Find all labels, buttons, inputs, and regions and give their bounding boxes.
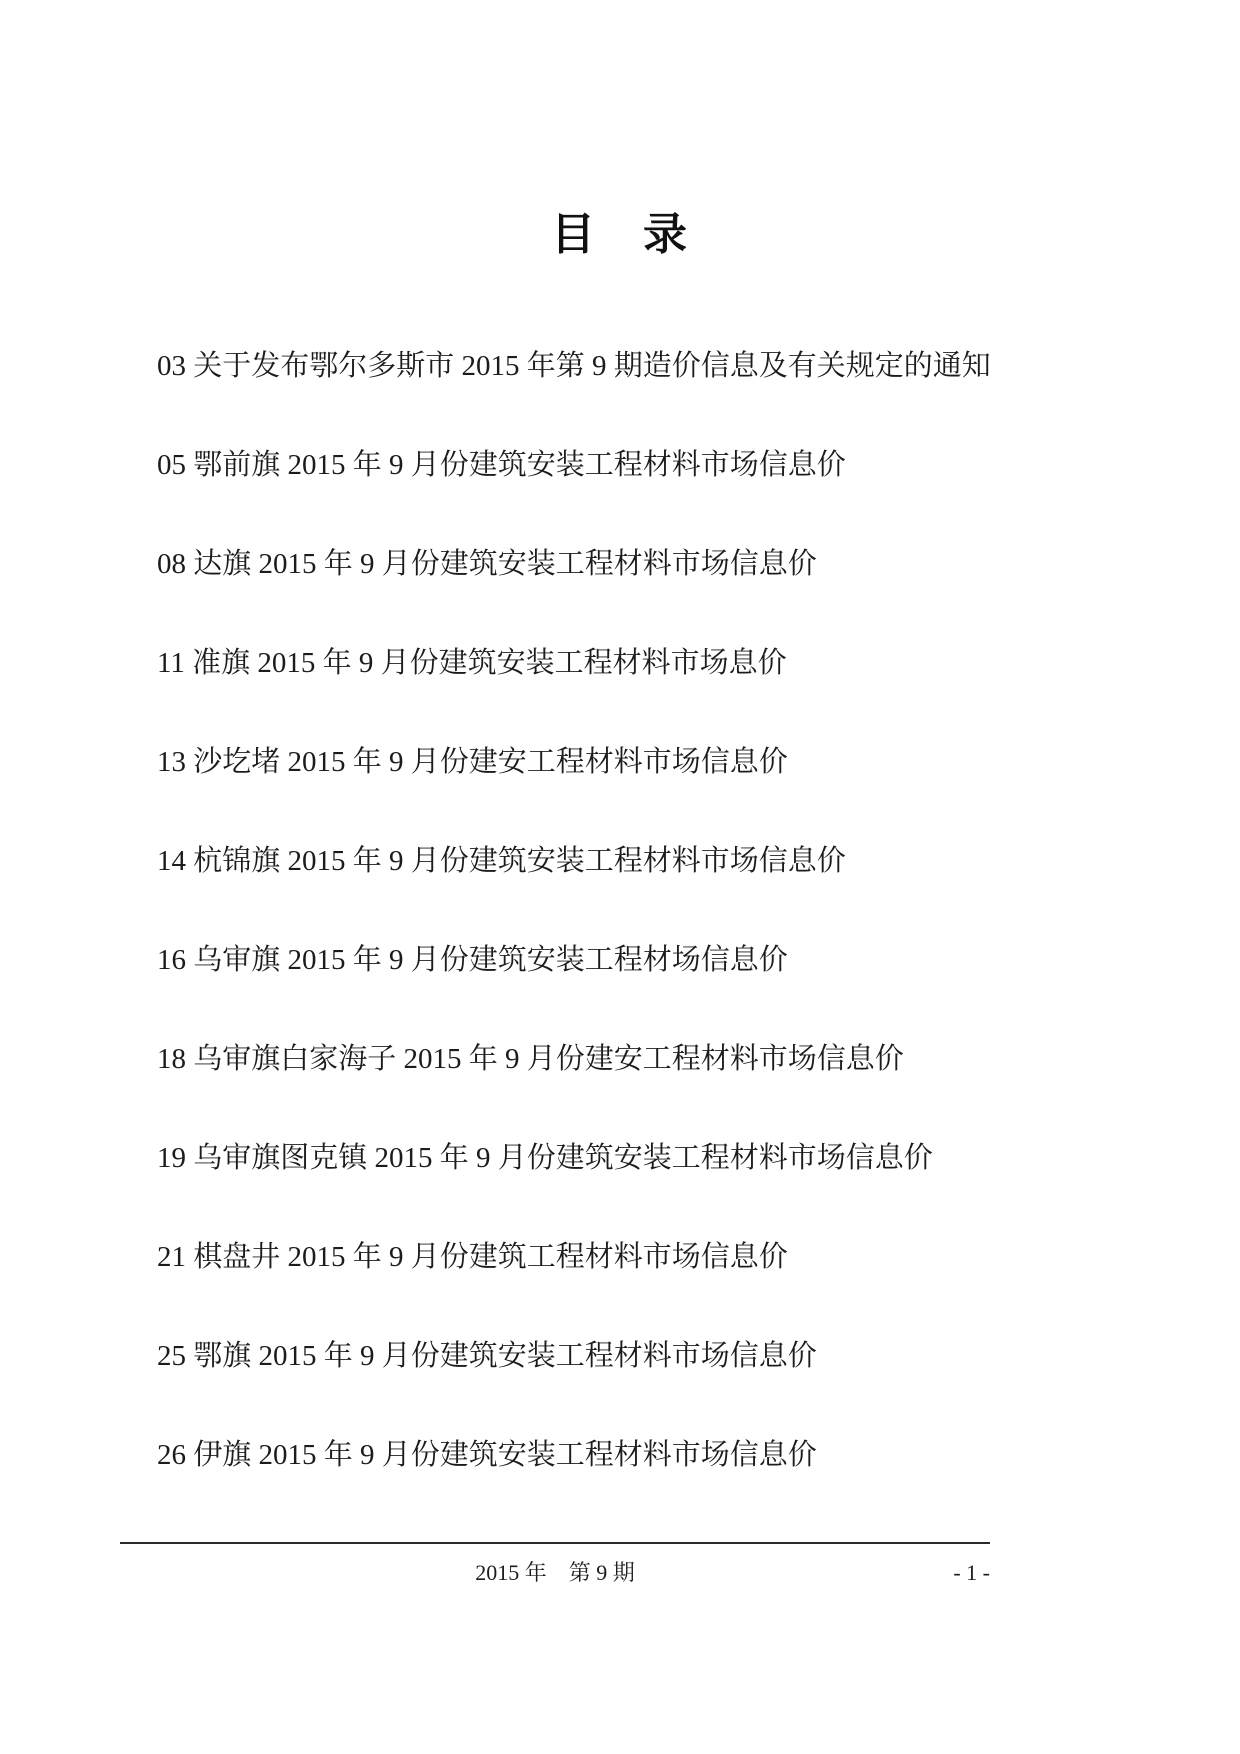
toc-entry: 21 棋盘井 2015 年 9 月份建筑工程材料市场信息价 <box>157 1241 1180 1274</box>
footer-issue-label: 2015 年 第 9 期 <box>0 1560 1110 1586</box>
toc-entry: 16 乌审旗 2015 年 9 月份建筑安装工程材场信息价 <box>157 944 1180 977</box>
toc-entry: 25 鄂旗 2015 年 9 月份建筑安装工程材料市场信息价 <box>157 1340 1180 1373</box>
toc-entry: 18 乌审旗白家海子 2015 年 9 月份建安工程材料市场信息价 <box>157 1043 1180 1076</box>
footer-divider <box>120 1542 990 1544</box>
toc-entry: 13 沙圪堵 2015 年 9 月份建安工程材料市场信息价 <box>157 746 1180 779</box>
document-page: 目 录 03 关于发布鄂尔多斯市 2015 年第 9 期造价信息及有关规定的通知… <box>0 0 1240 1754</box>
toc-entry: 03 关于发布鄂尔多斯市 2015 年第 9 期造价信息及有关规定的通知 <box>157 350 1180 383</box>
toc-entry: 05 鄂前旗 2015 年 9 月份建筑安装工程材料市场信息价 <box>157 449 1180 482</box>
toc-entry: 11 准旗 2015 年 9 月份建筑安装工程材料市场息价 <box>157 647 1180 680</box>
toc-entry: 08 达旗 2015 年 9 月份建筑安装工程材料市场信息价 <box>157 548 1180 581</box>
page-title: 目 录 <box>0 198 1240 262</box>
footer-page-number: - 1 - <box>953 1560 990 1586</box>
toc-entry: 19 乌审旗图克镇 2015 年 9 月份建筑安装工程材料市场信息价 <box>157 1142 1180 1175</box>
toc-list: 03 关于发布鄂尔多斯市 2015 年第 9 期造价信息及有关规定的通知 05 … <box>157 350 1180 1538</box>
toc-entry: 26 伊旗 2015 年 9 月份建筑安装工程材料市场信息价 <box>157 1439 1180 1472</box>
toc-entry: 14 杭锦旗 2015 年 9 月份建筑安装工程材料市场信息价 <box>157 845 1180 878</box>
